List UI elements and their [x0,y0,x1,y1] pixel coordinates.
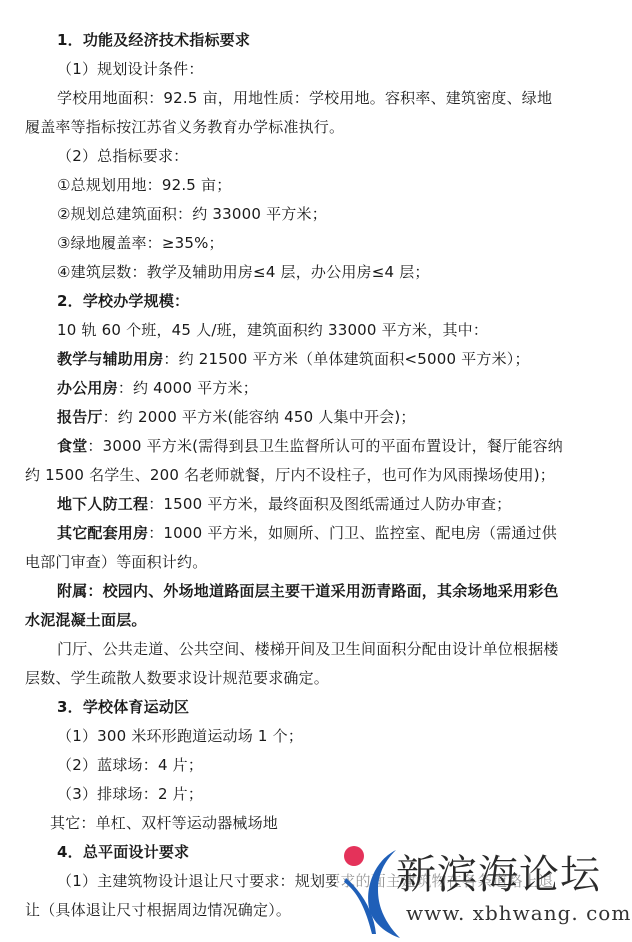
list-item: （3）排球场：2 片； [57,784,203,804]
item-text: ：3000 平方米(需得到县卫生监督所认可的平面布置设计，餐厅能容纳 [87,437,563,455]
list-item: （1）300 米环形跑道运动场 1 个； [57,726,303,746]
item-text: ：1000 平方米，如厕所、门卫、监控室、配电房（需通过供 [148,524,557,542]
paragraph-line-bold: 水泥混凝土面层。 [25,610,147,630]
item-canteen: 食堂：3000 平方米(需得到县卫生监督所认可的平面布置设计，餐厅能容纳 [57,436,563,456]
item-civil-defense: 地下人防工程：1500 平方米，最终面积及图纸需通过人防办审查； [57,494,511,514]
item-label: 办公用房 [57,379,118,397]
item-text: ：约 4000 平方米； [118,379,258,397]
heading-1: 1．功能及经济技术指标要求 [57,30,250,50]
list-item: （2）蓝球场：4 片； [57,755,203,775]
item-label: 食堂 [57,437,87,455]
item-auditorium: 报告厅：约 2000 平方米(能容纳 450 人集中开会)； [57,407,416,427]
heading-4: 4．总平面设计要求 [57,842,189,862]
watermark-url: www. xbhwang. com [406,902,631,924]
paragraph-line: 约 1500 名学生、200 名老师就餐，厅内不设柱子，也可作为风雨操场使用)； [25,465,555,485]
item-text: ：约 21500 平方米（单体建筑面积<5000 平方米）； [163,350,529,368]
list-item: ①总规划用地：92.5 亩； [57,175,231,195]
list-item: ④建筑层数：教学及辅助用房≤4 层，办公用房≤4 层； [57,262,430,282]
paragraph-line: 让（具体退让尺寸根据周边情况确定）。 [25,900,291,920]
paragraph-line-bold: 附属：校园内、外场地道路面层主要干道采用沥青路面，其余场地采用彩色 [57,581,559,601]
paragraph-line: 门厅、公共走道、公共空间、楼梯开间及卫生间面积分配由设计单位根据楼 [57,639,559,659]
forum-watermark: 新滨海论坛 www. xbhwang. com [336,842,632,942]
list-item: ②规划总建筑面积：约 33000 平方米； [57,204,327,224]
subheading: （1）规划设计条件： [57,59,204,79]
item-teaching-rooms: 教学与辅助用房：约 21500 平方米（单体建筑面积<5000 平方米）； [57,349,530,369]
subheading: （2）总指标要求： [57,146,188,166]
paragraph-line: 10 轨 60 个班，45 人/班，建筑面积约 33000 平方米，其中： [57,320,488,340]
item-office-rooms: 办公用房：约 4000 平方米； [57,378,258,398]
list-item: 其它：单杠、双杆等运动器械场地 [50,813,278,833]
heading-3: 3．学校体育运动区 [57,697,189,717]
paragraph-line: 履盖率等指标按江苏省义务教育办学标准执行。 [25,117,344,137]
item-label: 地下人防工程 [57,495,148,513]
paragraph-line: 层数、学生疏散人数要求设计规范要求确定。 [25,668,329,688]
list-item: ③绿地履盖率：≥35%； [57,233,224,253]
item-other-rooms: 其它配套用房：1000 平方米，如厕所、门卫、监控室、配电房（需通过供 [57,523,557,543]
item-label: 报告厅 [57,408,103,426]
watermark-title: 新滨海论坛 [396,852,601,898]
item-text: ：1500 平方米，最终面积及图纸需通过人防办审查； [148,495,511,513]
paragraph-line: 电部门审查）等面积计约。 [25,552,207,572]
item-text: ：约 2000 平方米(能容纳 450 人集中开会)； [103,408,416,426]
item-label: 教学与辅助用房 [57,350,163,368]
paragraph-line: 学校用地面积：92.5 亩，用地性质：学校用地。容积率、建筑密度、绿地 [57,88,552,108]
item-label: 其它配套用房 [57,524,148,542]
heading-2: 2．学校办学规模： [57,291,189,311]
